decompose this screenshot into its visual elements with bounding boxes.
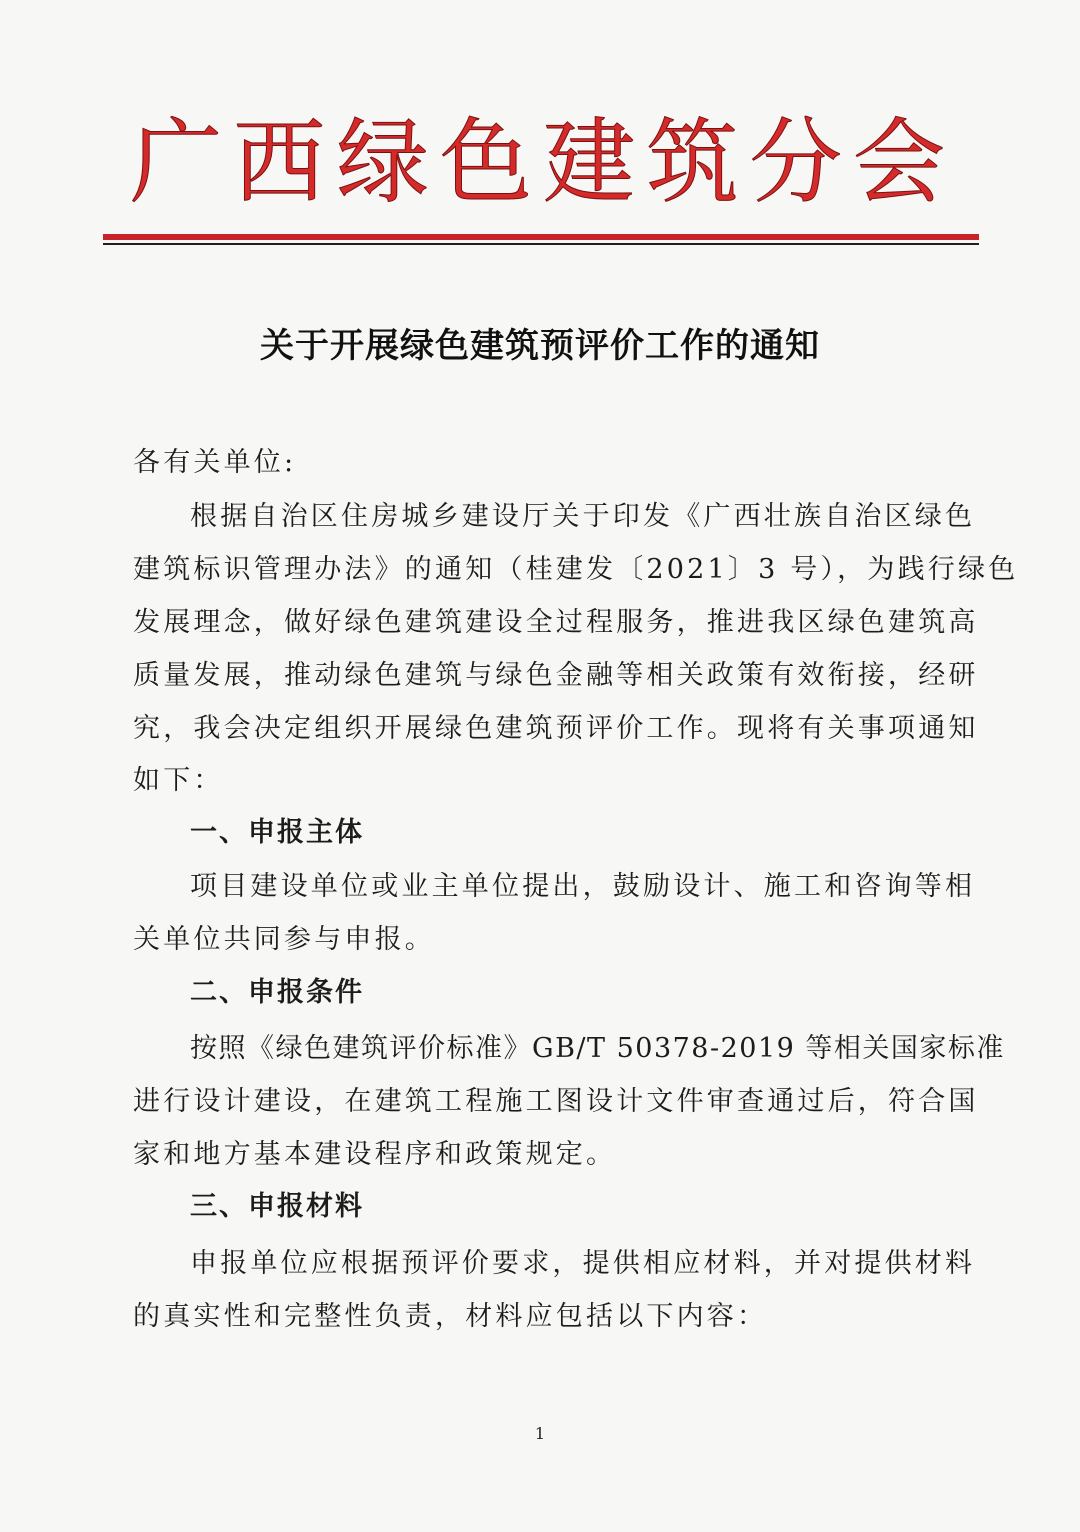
letterhead-char: 绿: [337, 117, 429, 209]
letterhead-char: 建: [543, 117, 635, 209]
paragraph-line: 质量发展，推动绿色建筑与绿色金融等相关政策有效衔接，经研: [133, 662, 979, 689]
section-heading: 三、申报材料: [190, 1193, 364, 1220]
letterhead-char: 广: [130, 117, 222, 209]
paragraph-line: 申报单位应根据预评价要求，提供相应材料，并对提供材料: [190, 1250, 975, 1277]
letterhead-rule-thin: [103, 243, 979, 245]
salutation: 各有关单位:: [133, 449, 296, 476]
paragraph-line: 关单位共同参与申报。: [133, 926, 435, 953]
paragraph-line: 发展理念，做好绿色建筑建设全过程服务，推进我区绿色建筑高: [133, 609, 979, 636]
letterhead-char: 西: [233, 117, 325, 209]
letterhead-rule-red: [103, 234, 979, 240]
letterhead: 广 西 绿 色 建 筑 分 会: [100, 105, 980, 220]
section-heading: 二、申报条件: [190, 979, 364, 1006]
letterhead-char: 会: [853, 117, 945, 209]
paragraph-line: 如下：: [133, 767, 224, 794]
paragraph-line: 建筑标识管理办法》的通知（桂建发〔2021〕3 号），为践行绿色: [133, 556, 1018, 583]
paragraph-line: 按照《绿色建筑评价标准》GB/T 50378-2019 等相关国家标准: [190, 1035, 1005, 1062]
paragraph-line: 究，我会决定组织开展绿色建筑预评价工作。现将有关事项通知: [133, 715, 979, 742]
paragraph-line: 项目建设单位或业主单位提出，鼓励设计、施工和咨询等相: [190, 873, 975, 900]
letterhead-char: 分: [750, 117, 842, 209]
page-number: 1: [0, 1424, 1080, 1443]
paragraph-line: 进行设计建设，在建筑工程施工图设计文件审查通过后，符合国: [133, 1088, 979, 1115]
paragraph-line: 家和地方基本建设程序和政策规定。: [133, 1141, 616, 1168]
document-page: 广 西 绿 色 建 筑 分 会 关于开展绿色建筑预评价工作的通知 各有关单位: …: [0, 0, 1080, 1532]
letterhead-char: 筑: [646, 117, 738, 209]
paragraph-line: 根据自治区住房城乡建设厅关于印发《广西壮族自治区绿色: [190, 503, 975, 530]
letterhead-char: 色: [440, 117, 532, 209]
section-heading: 一、申报主体: [190, 819, 364, 846]
paragraph-line: 的真实性和完整性负责，材料应包括以下内容：: [133, 1303, 767, 1330]
document-title: 关于开展绿色建筑预评价工作的通知: [0, 318, 1080, 367]
